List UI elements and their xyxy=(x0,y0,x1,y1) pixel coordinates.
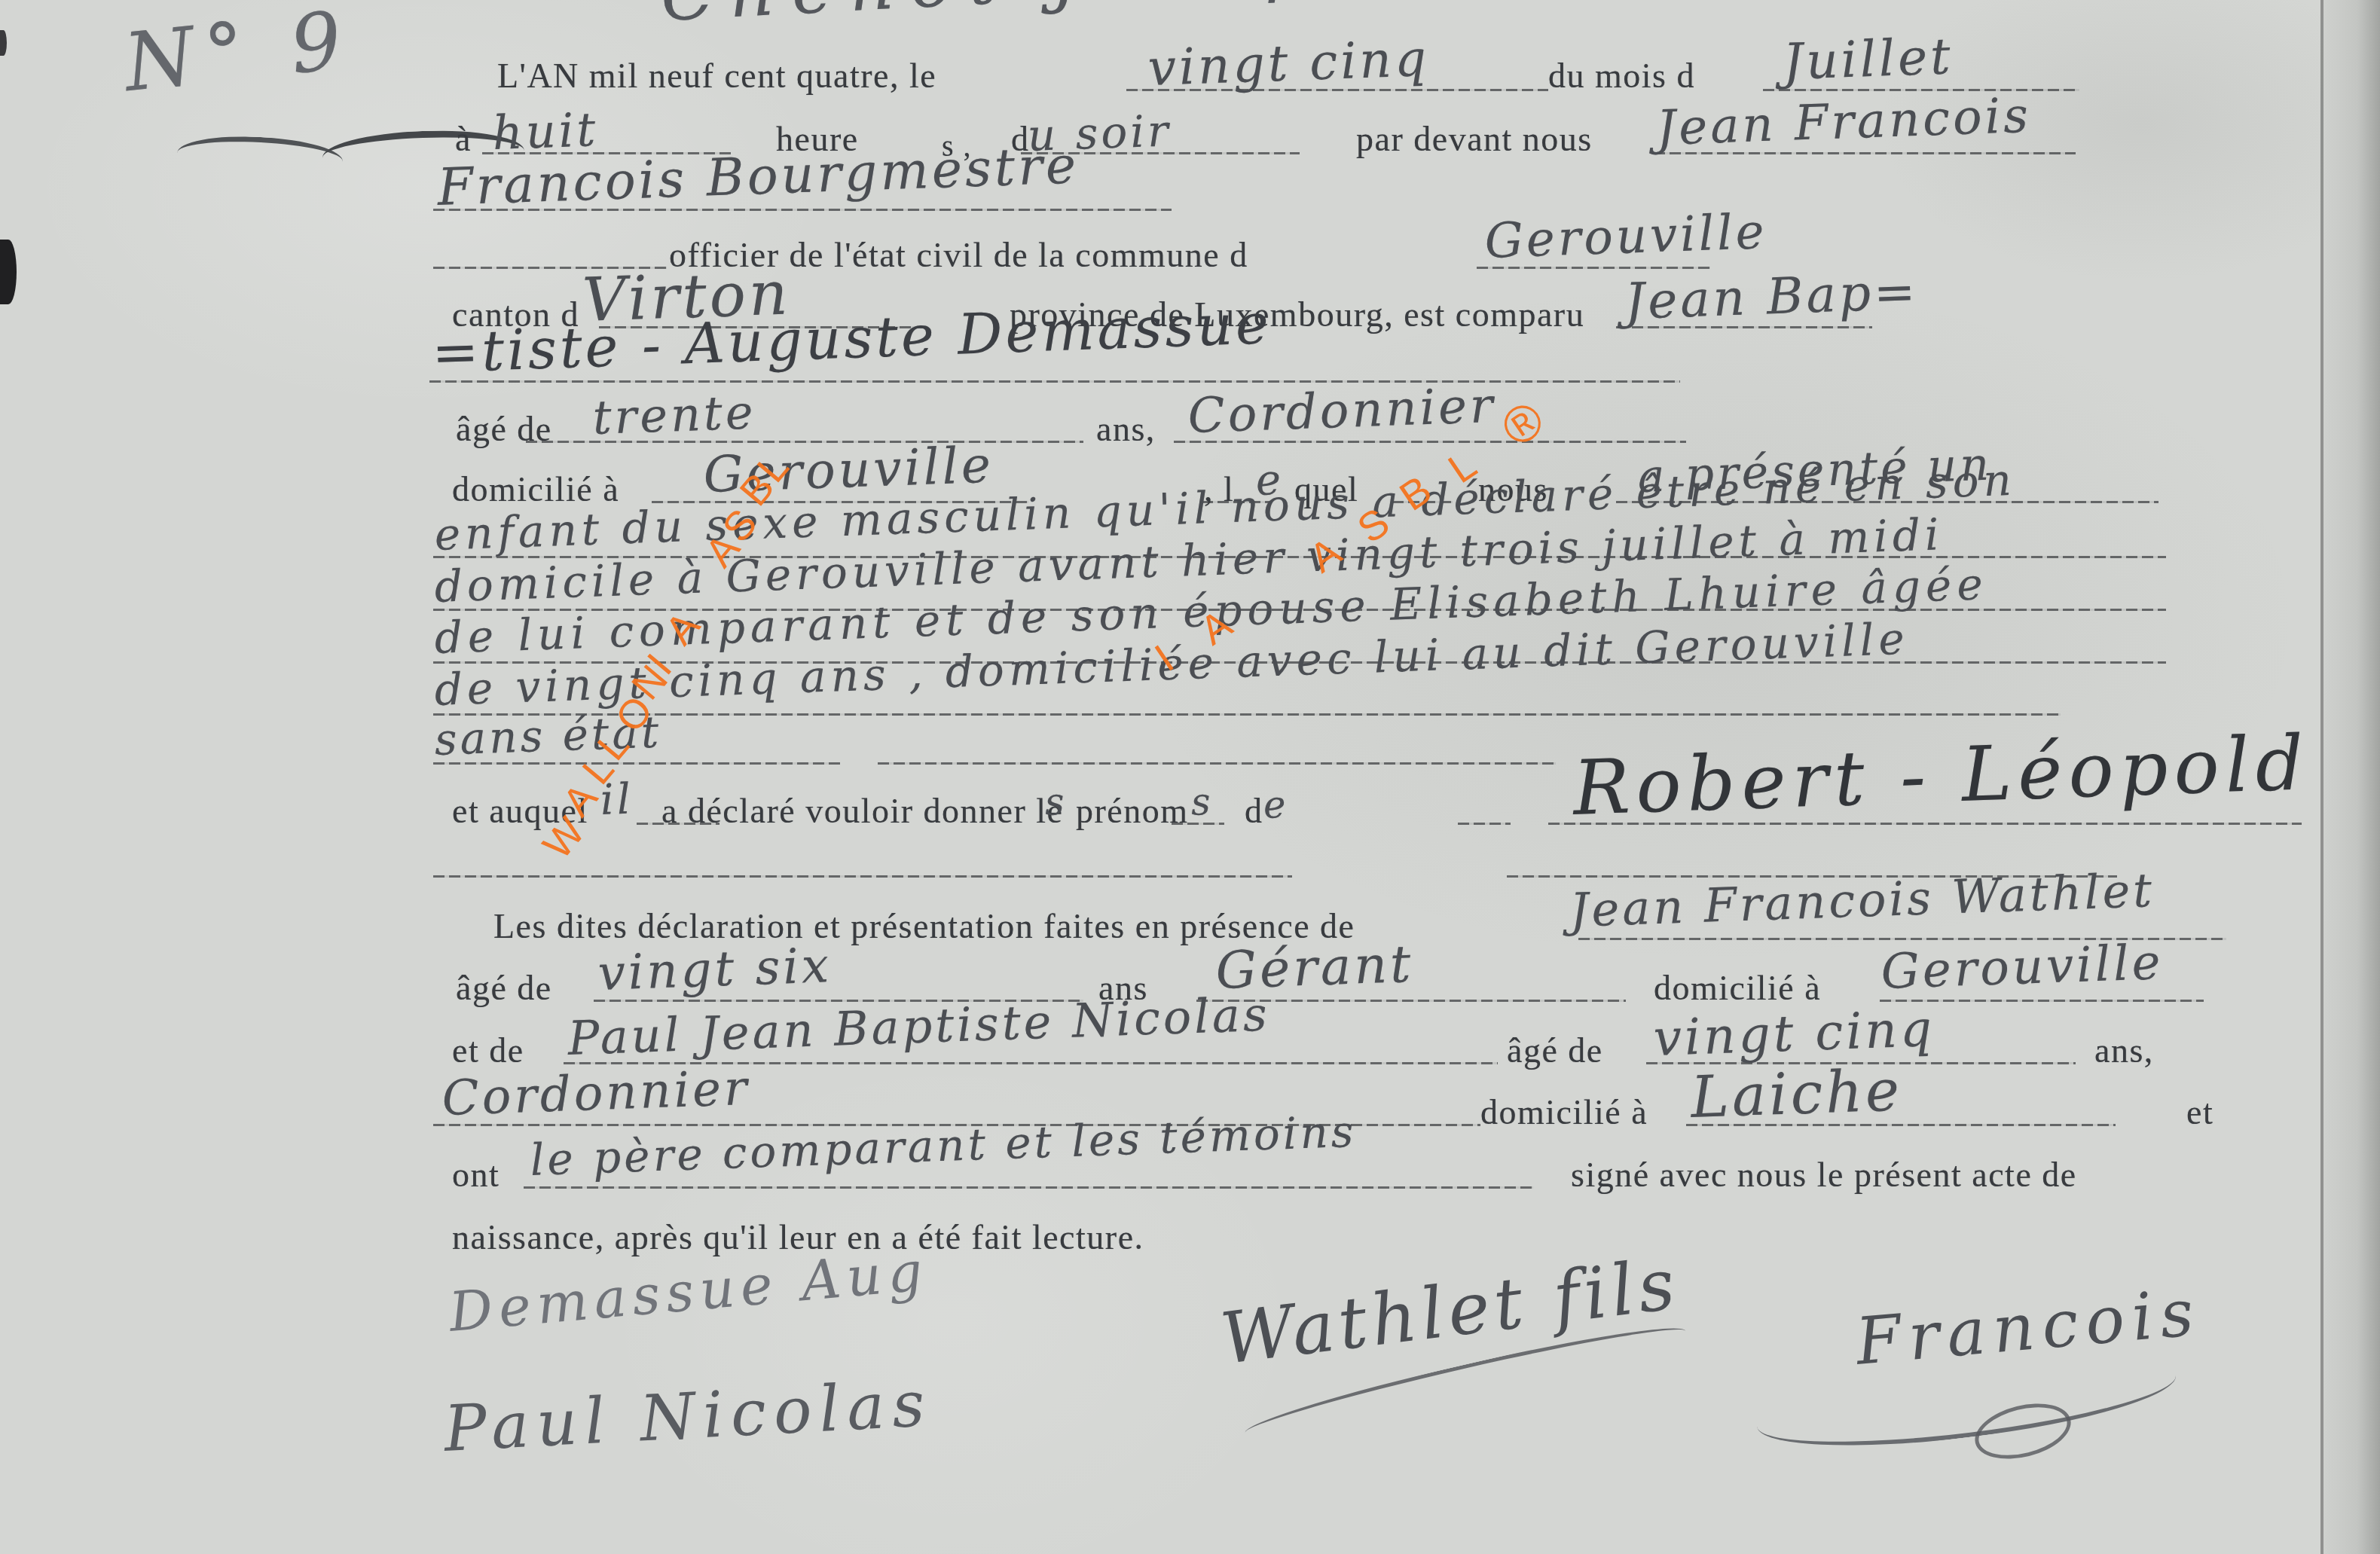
handwritten-entry: Jean Bap= xyxy=(1624,262,1919,331)
printed-text: a déclaré vouloir donner le xyxy=(661,791,1064,831)
scan-mark xyxy=(0,240,17,304)
printed-text: domicilié à xyxy=(1654,968,1821,1008)
handwritten-entry: Laiche xyxy=(1690,1056,1904,1131)
printed-text: par devant nous xyxy=(1356,119,1593,159)
handwritten-entry: vingt six xyxy=(597,938,833,1002)
handwritten-entry: s xyxy=(1044,780,1068,824)
header-note: Chenot Joseph xyxy=(658,0,1387,37)
printed-text: prénom xyxy=(1076,791,1189,831)
printed-text: L'AN mil neuf cent quatre, le xyxy=(497,56,936,96)
printed-text: ans, xyxy=(2094,1030,2154,1070)
handwritten-entry: huit xyxy=(491,102,599,160)
printed-text: âgé de xyxy=(1507,1030,1603,1070)
scan-mark xyxy=(0,30,7,56)
handwritten-entry: Juillet xyxy=(1782,27,1954,91)
act-number: N° 9 xyxy=(120,0,356,109)
printed-text: à xyxy=(455,119,472,159)
handwritten-entry: trente xyxy=(591,384,756,445)
handwritten-entry: Jean Francois xyxy=(1655,88,2032,157)
handwritten-entry: Cordonnier xyxy=(441,1061,750,1127)
page-edge xyxy=(2323,0,2380,1554)
handwritten-entry: Gerouville xyxy=(1880,935,2164,1000)
handwritten-entry: s xyxy=(1190,780,1214,824)
printed-text: ont xyxy=(452,1155,500,1195)
child-given-names: Robert - Léopold xyxy=(1572,719,2311,832)
printed-text: domicilié à xyxy=(1480,1092,1648,1132)
handwritten-entry: Cordonnier xyxy=(1187,378,1496,444)
printed-text: âgé de xyxy=(456,968,552,1008)
printed-text: du mois d xyxy=(1548,56,1695,96)
printed-text: d xyxy=(1245,791,1263,831)
signature: Paul Nicolas xyxy=(442,1366,934,1466)
printed-text: et xyxy=(2186,1092,2213,1132)
handwritten-entry: vingt cinq xyxy=(1147,29,1430,97)
handwritten-entry: Jean Francois Wathlet xyxy=(1569,862,2155,938)
handwritten-entry: e xyxy=(1263,783,1290,827)
printed-text: et de xyxy=(452,1030,524,1070)
margin-flourish xyxy=(176,133,344,181)
printed-text: ans, xyxy=(1096,409,1156,449)
printed-text: signé avec nous le présent acte de xyxy=(1571,1155,2077,1195)
handwritten-entry: Gerouville xyxy=(1483,204,1767,270)
birth-record-scan: Chenot Joseph N° 9 xyxy=(0,0,2380,1554)
printed-text: âgé de xyxy=(456,409,552,449)
registered-mark-icon: ® xyxy=(1490,389,1554,459)
printed-text: Les dites déclaration et présentation fa… xyxy=(493,906,1355,946)
